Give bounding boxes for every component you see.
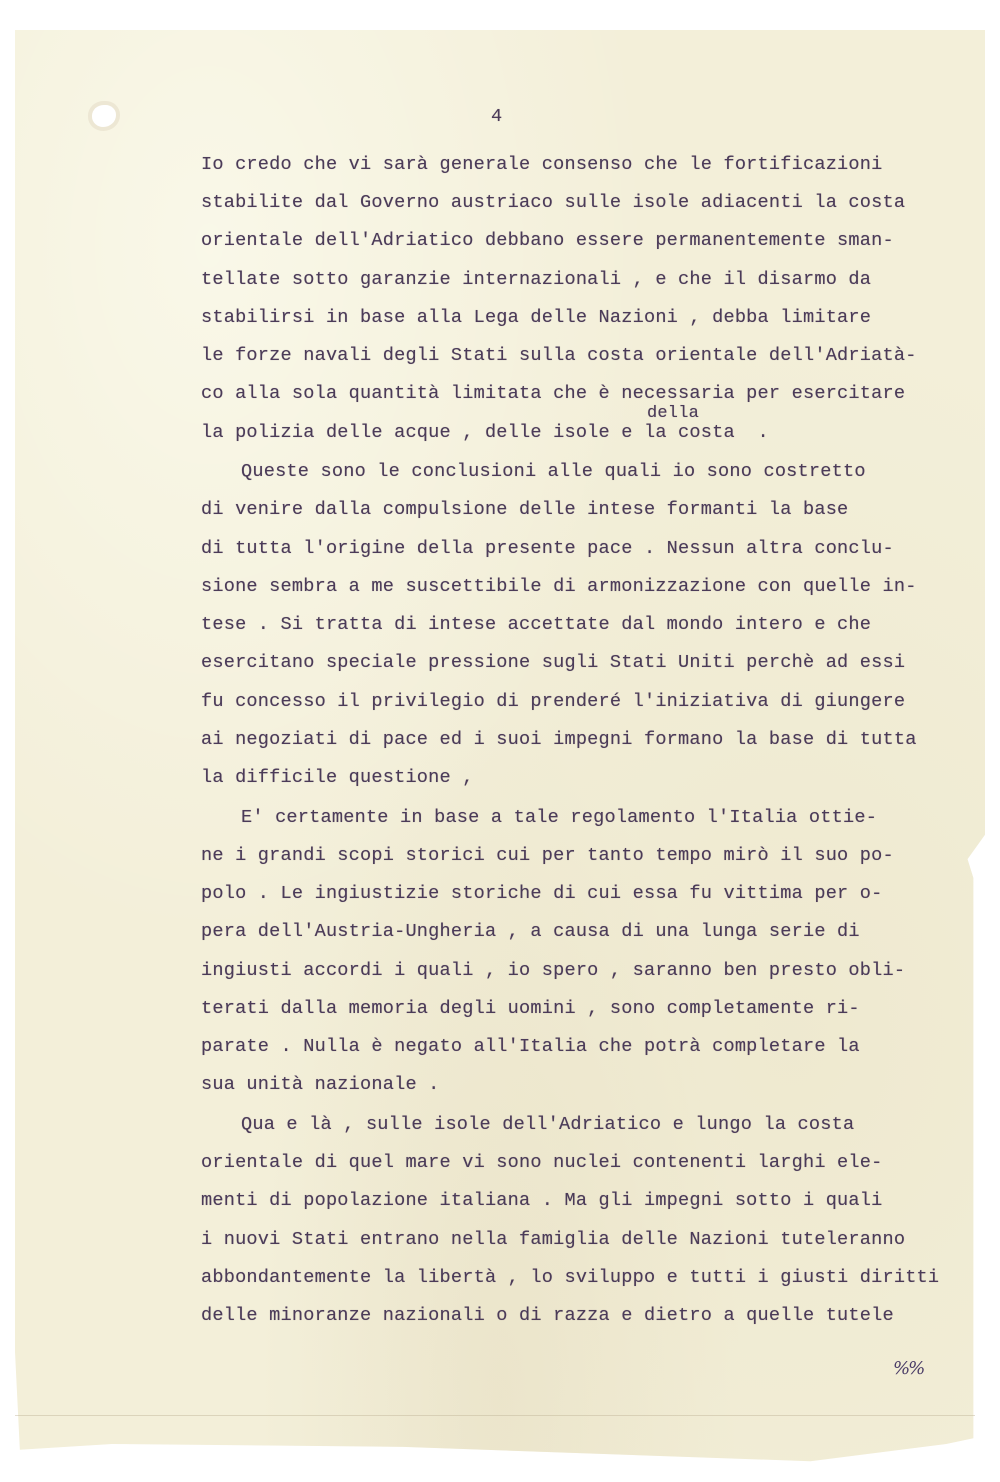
text-line: abbondantemente la libertà , lo sviluppo… <box>201 1267 939 1288</box>
paper-fold-line <box>15 1415 975 1416</box>
text-line: menti di popolazione italiana . Ma gli i… <box>201 1190 882 1211</box>
text-line: la difficile questione , <box>201 767 474 788</box>
text-line: orientale di quel mare vi sono nuclei co… <box>201 1152 882 1173</box>
text-line: stabilirsi in base alla Lega delle Nazio… <box>201 307 871 328</box>
text-line: la polizia delle acque , delle isole e l… <box>201 422 769 443</box>
text-line: ai negoziati di pace ed i suoi impegni f… <box>201 729 917 750</box>
paragraph-start-line: Qua e là , sulle isole dell'Adriatico e … <box>241 1114 854 1135</box>
text-line: di tutta l'origine della presente pace .… <box>201 538 894 559</box>
text-line: co alla sola quantità limitata che è nec… <box>201 383 905 404</box>
text-line: terati dalla memoria degli uomini , sono… <box>201 998 860 1019</box>
text-line: ne i grandi scopi storici cui per tanto … <box>201 845 894 866</box>
text-line: Io credo che vi sarà generale consenso c… <box>201 154 882 175</box>
handwritten-mark: %% <box>893 1358 923 1379</box>
text-line: polo . Le ingiustizie storiche di cui es… <box>201 883 882 904</box>
paragraph-start-line: Queste sono le conclusioni alle quali io… <box>241 461 866 482</box>
text-line: orientale dell'Adriatico debbano essere … <box>201 230 894 251</box>
text-line: sione sembra a me suscettibile di armoni… <box>201 576 917 597</box>
text-line: fu concesso il privilegio di prenderé l'… <box>201 691 905 712</box>
text-line: pera dell'Austria-Ungheria , a causa di … <box>201 921 860 942</box>
text-line: parate . Nulla è negato all'Italia che p… <box>201 1036 860 1057</box>
paragraph-start-line: E' certamente in base a tale regolamento… <box>241 807 877 828</box>
text-line: esercitano speciale pressione sugli Stat… <box>201 652 905 673</box>
text-line: tese . Si tratta di intese accettate dal… <box>201 614 871 635</box>
text-line: le forze navali degli Stati sulla costa … <box>201 345 917 366</box>
text-line: sua unità nazionale . <box>201 1074 440 1095</box>
text-line: tellate sotto garanzie internazionali , … <box>201 269 871 290</box>
interlinear-insertion: della <box>647 404 699 423</box>
text-line: stabilite dal Governo austriaco sulle is… <box>201 192 905 213</box>
page-number: 4 <box>491 106 502 127</box>
text-line: ingiusti accordi i quali , io spero , sa… <box>201 960 905 981</box>
text-line: delle minoranze nazionali o di razza e d… <box>201 1305 894 1326</box>
text-line: i nuovi Stati entrano nella famiglia del… <box>201 1229 905 1250</box>
text-line: di venire dalla compulsione delle intese… <box>201 499 848 520</box>
